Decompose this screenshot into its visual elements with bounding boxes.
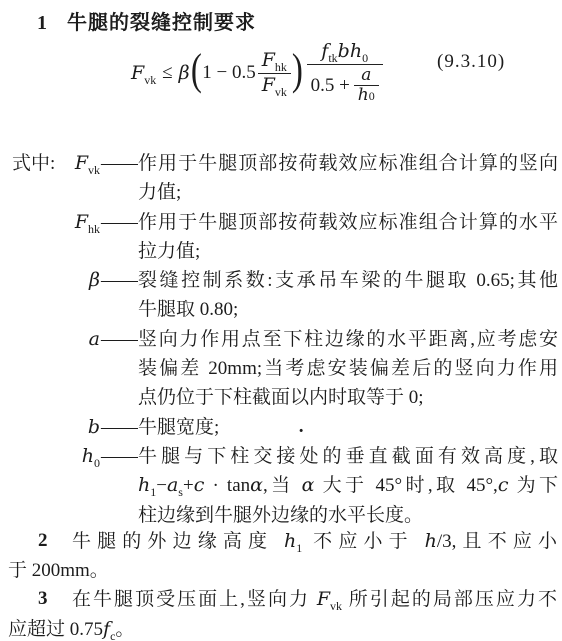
paragraph-line: 在牛腿顶受压面上,竖向力 Fvk 所引起的局部压应力不 xyxy=(72,585,557,615)
definition-line: 牛腿与下柱交接处的垂直截面有效高度,取 xyxy=(138,442,558,471)
definition-line: 作用于牛腿顶部按荷载效应标准组合计算的水平 xyxy=(138,208,558,237)
inner-fraction-numerator: Fhk xyxy=(258,50,291,74)
print-artifact-dot: · xyxy=(298,417,304,446)
inner-prefix: 1 − 0.5 xyxy=(202,62,255,84)
clause-number: 3 xyxy=(38,585,72,615)
definition-Fhk: Fhk —— 作用于牛腿顶部按荷载效应标准组合计算的水平 拉力值; xyxy=(0,208,562,267)
definition-line: 裂缝控制系数:支承吊车梁的牛腿取 0.65;其他 xyxy=(138,266,558,295)
definition-line: 装偏差 20mm;当考虑安装偏差后的竖向力作用 xyxy=(138,354,558,383)
symbol-a: a xyxy=(0,325,100,413)
right-paren: ) xyxy=(292,70,303,76)
paragraph-line: 于 200mm。 xyxy=(8,557,557,586)
definition-dash: —— xyxy=(100,325,138,413)
paragraph-line: 应超过 0.75fc。 xyxy=(8,615,557,641)
paragraph-2: 2 牛腿的外边缘高度 h1 不应小于 h/3,且不应小 于 200mm。 xyxy=(8,527,557,586)
clause-number: 1 xyxy=(37,12,47,34)
definition-dash: —— xyxy=(100,266,138,325)
definition-line: 牛腿宽度; xyxy=(138,413,558,442)
relation-symbol: ≤ xyxy=(162,62,172,84)
document-page: 1牛腿的裂缝控制要求 Fvk ≤ β ( 1 − 0.5 Fhk Fvk ) f… xyxy=(0,0,562,641)
symbol-Fhk: Fhk xyxy=(0,208,100,267)
definition-line: 竖向力作用点至下柱边缘的水平距离,应考虑安 xyxy=(138,325,558,354)
definition-dash: —— xyxy=(100,208,138,267)
definition-Fvk: Fvk —— 作用于牛腿顶部按荷载效应标准组合计算的竖向 力值; xyxy=(0,149,562,208)
heading-title: 牛腿的裂缝控制要求 xyxy=(67,12,256,34)
definition-beta: β —— 裂缝控制系数:支承吊车梁的牛腿取 0.65;其他 牛腿取 0.80; xyxy=(0,266,562,325)
inner-fraction: Fhk Fvk xyxy=(258,50,291,97)
paragraph-line: 牛腿的外边缘高度 h1 不应小于 h/3,且不应小 xyxy=(72,527,557,557)
symbol-beta: β xyxy=(0,266,100,325)
definition-line: 拉力值; xyxy=(138,237,558,266)
nested-fraction: a h0 xyxy=(354,66,379,106)
nested-fraction-denominator: h0 xyxy=(354,86,379,105)
beta-coefficient: β xyxy=(179,62,190,85)
paragraph-3: 3 在牛腿顶受压面上,竖向力 Fvk 所引起的局部压应力不 应超过 0.75fc… xyxy=(8,585,557,641)
symbol-h0: h0 xyxy=(0,442,100,530)
definition-dash: —— xyxy=(100,442,138,530)
main-fraction-denominator: 0.5 + a h0 xyxy=(307,65,383,106)
main-fraction: ftkbh0 0.5 + a h0 xyxy=(307,41,383,106)
definition-h0: h0 —— 牛腿与下柱交接处的垂直截面有效高度,取 h1−as+c · tanα… xyxy=(0,442,562,530)
definition-line: 作用于牛腿顶部按荷载效应标准组合计算的竖向 xyxy=(138,149,558,178)
denominator-prefix: 0.5 + xyxy=(311,75,350,97)
left-paren: ( xyxy=(190,70,201,76)
equation-lhs: Fvk xyxy=(131,62,156,85)
main-fraction-numerator: ftkbh0 xyxy=(307,41,383,65)
equation-number: (9.3.10) xyxy=(437,51,505,73)
definition-line: 力值; xyxy=(138,178,558,207)
definition-line: 点仍位于下柱截面以内时取等于 0; xyxy=(138,383,558,412)
definition-line: 牛腿取 0.80; xyxy=(138,295,558,324)
definition-dash: —— xyxy=(100,413,138,442)
where-label: 式中: xyxy=(12,149,55,178)
definition-dash: —— xyxy=(100,149,138,208)
equation: Fvk ≤ β ( 1 − 0.5 Fhk Fvk ) ftkbh0 0.5 +… xyxy=(130,34,384,112)
definition-a: a —— 竖向力作用点至下柱边缘的水平距离,应考虑安 装偏差 20mm;当考虑安… xyxy=(0,325,562,413)
symbol-b: b xyxy=(0,413,100,442)
definition-line: h1−as+c · tanα,当 α 大于 45°时,取 45°,c 为下 xyxy=(138,471,558,500)
definition-line: 柱边缘到牛腿外边缘的水平长度。 xyxy=(138,501,558,530)
clause-number: 2 xyxy=(38,527,72,557)
definition-b: b —— 牛腿宽度; xyxy=(0,413,562,442)
section-heading: 1牛腿的裂缝控制要求 xyxy=(37,6,256,35)
symbol-definitions: 式中: Fvk —— 作用于牛腿顶部按荷载效应标准组合计算的竖向 力值; Fhk… xyxy=(0,149,562,530)
nested-fraction-numerator: a xyxy=(354,66,379,87)
inner-fraction-denominator: Fvk xyxy=(258,74,291,97)
